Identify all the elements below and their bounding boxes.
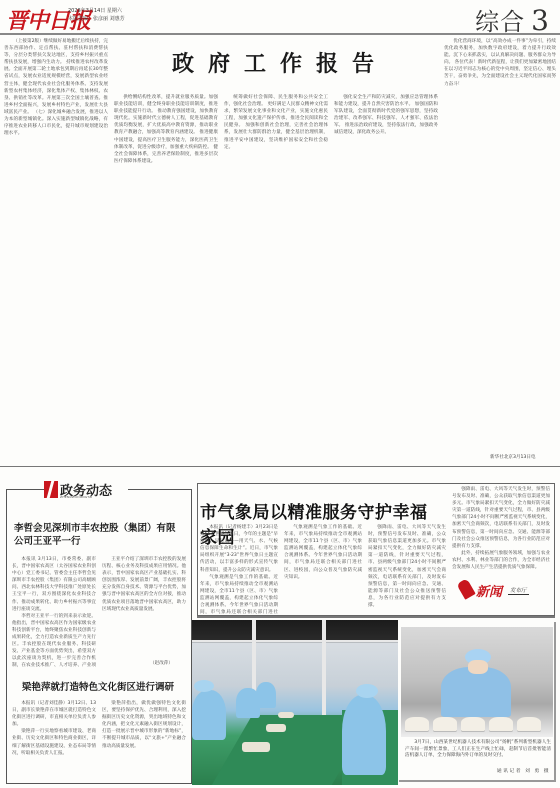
- masthead: 晋中日报 2026年3月14日 星期六 本版责编：张彦丽 刘惠芳 综合3: [0, 0, 560, 34]
- politics-box-top-right: [128, 489, 192, 490]
- article-byline-li-zhe: （赵改萍）: [150, 660, 173, 666]
- date-line: 2026年3月14日 星期六: [68, 7, 125, 15]
- report-column-5: 优化营商环境，以“高效办成一件事”为牵引，持续优化政务服务，加快数字政府建设，着…: [444, 38, 556, 430]
- factory-assembly-photo: [192, 620, 398, 785]
- masthead-rule: [0, 33, 560, 35]
- report-title: 政府工作报告: [150, 47, 410, 78]
- weather-body-col2: 气象观测是气象工作的基础。近年来，市气象局持续推动全市观测站网建设，全市11个县…: [284, 524, 362, 614]
- photo-worker-cap: [194, 680, 214, 692]
- report-column-1: （上接第2版）继续做好易地搬迁后续扶持，完善东西部协作、定点帮扶、驻村帮扶和消费…: [4, 38, 108, 458]
- weather-body-col4: 强降雨、雷电、大风等天气发生时，预警信号发布及时、准确，公众获取气象信息渠道更加…: [452, 486, 550, 576]
- article-body-li-zhe-col1: 本报讯 3月13日，市委常委、副市长，晋中国家农高区（太谷国家农业科创中心）党工…: [12, 556, 96, 668]
- photo-worker-face: [468, 660, 488, 674]
- issue-meta: 2026年3月14日 星期六 本版责编：张彦丽 刘惠芳: [68, 7, 125, 23]
- robot-factory-photo: [401, 627, 553, 737]
- article-body-liang-col1: 本报讯（记者刘佳静）3月12日、13日，副市长梁艳萍在市城区就打造特色文化街区进…: [12, 700, 96, 780]
- photo-tray: [242, 742, 270, 752]
- microphone-icon: [456, 578, 475, 600]
- politics-box-top-left: [6, 489, 44, 490]
- news-badge-main: 新闻: [476, 581, 502, 600]
- weather-body-col3: 强降雨、雷电、大风等天气发生时，预警信号发布及时、准确，公众获取气象信息渠道更加…: [368, 524, 446, 614]
- photo-product: [433, 717, 457, 731]
- photo-caption: 3月7日，山西某世纪机器人技术有限公司“扬帆”系列新型机器人生产车间一派繁忙景象…: [405, 740, 551, 760]
- article-headline-liang-yanping: 梁艳萍就打造特色文化街区进行调研: [22, 682, 182, 694]
- report-credit: 新华社北京3月13日电: [490, 454, 536, 460]
- report-column-3: 统筹做好社会保障、民生服务和公共安全工作，强化社会治理。 更好满足人民群众精神文…: [224, 94, 328, 458]
- news-release-badge: 新闻 发布厅: [460, 578, 550, 604]
- photo-product: [405, 717, 429, 731]
- photo-credit: 通讯记者 刘 勇 摄: [497, 767, 550, 774]
- article-body-li-zhe-col2: 王亚平介绍了深圳市丰农控股的发展历程、核心业务及科技成果应用情况。他表示，晋中国…: [102, 556, 186, 656]
- weather-bottom-rule: [197, 616, 555, 618]
- zw-logo-icon: [44, 481, 58, 498]
- weather-body-col1: 本报讯（记者杨建丰）3月23日是第66个世界气象日，今年的主题是“早预警、早行动…: [200, 524, 278, 614]
- photo-worker-cap: [356, 684, 378, 698]
- article-headline-li-zhe: 李哲会见深圳市丰农控股（集团）有限公司王亚平一行: [14, 522, 184, 548]
- report-column-2: 供给侧结构性改革，提升就业服务质量。加强职业技能培训，健全终身职业技能培训制度，…: [114, 94, 218, 458]
- politics-section-logo: 政务动态 ZHENGWUDONGTAI: [44, 481, 128, 501]
- photo-product: [461, 717, 485, 731]
- section-name: 综合: [475, 8, 525, 36]
- photo-worker: [342, 695, 386, 775]
- photo-worker: [192, 690, 226, 740]
- photo-worker: [256, 682, 276, 708]
- photo-tray: [266, 724, 286, 732]
- photo-tray: [278, 712, 294, 718]
- report-column-4: 强化安全生产和防灾减灾，加强应急管理体系和能力建设，提升自然灾害防治水平。 加强…: [334, 94, 438, 458]
- photo-product: [517, 717, 541, 731]
- news-badge-sub: 发布厅: [508, 586, 529, 595]
- photo-beam: [192, 640, 398, 642]
- politics-section-subtitle: ZHENGWUDONGTAI: [60, 495, 92, 499]
- photo-worker: [441, 667, 511, 717]
- section-divider: [0, 466, 560, 467]
- photo-product: [489, 717, 513, 731]
- report-columns: （上接第2版）继续做好易地搬迁后续扶持，完善东西部协作、定点帮扶、驻村帮扶和消费…: [4, 38, 556, 458]
- section-label: 综合3: [475, 2, 550, 37]
- editor-line: 本版责编：张彦丽 刘惠芳: [68, 15, 125, 23]
- article-body-liang-col2: 梁艳萍指出，做优做强特色文化街区，要坚持保护优先、合理利用，深入挖掘街区历史文化…: [102, 700, 186, 780]
